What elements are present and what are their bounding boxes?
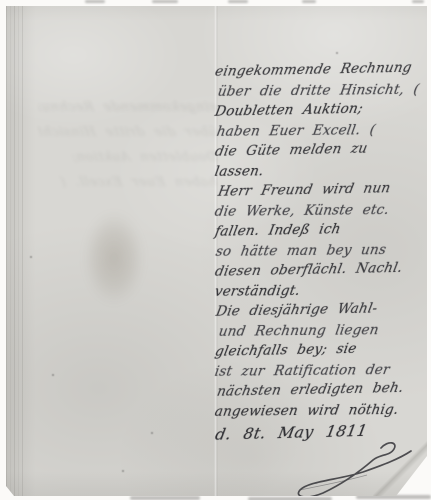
handwriting-line: diesen oberflächl. Nachl.: [213, 258, 431, 283]
letter-body: eingekommende Rechnung über die dritte H…: [213, 63, 429, 448]
handwriting-line: nächsten erledigten beh.: [215, 379, 431, 403]
paper-speck: [52, 374, 54, 376]
handwriting-line: gleichfalls bey; sie: [213, 338, 431, 363]
handwriting-line: Herr Freund wird nun: [216, 179, 431, 203]
showthrough-line: eingekommende Rechnung: [38, 100, 220, 125]
paper-speck: [336, 52, 338, 54]
paper-speck: [30, 256, 32, 258]
signature-flourish: [284, 438, 414, 500]
handwriting-line: fallen. Indeß ich: [213, 218, 431, 243]
handwriting-line: Die diesjährige Wahl-: [214, 299, 431, 323]
scan-artifact-mark: [412, 0, 424, 3]
showthrough-line: über die dritte Hinsicht, (: [38, 125, 220, 150]
scanned-letter-page: eingekommende Rechnung über die dritte H…: [0, 0, 431, 500]
paper-speck: [122, 470, 124, 472]
scan-artifact-mark: [228, 0, 248, 3]
handwriting-line: Doubletten Auktion;: [213, 98, 431, 123]
scan-artifact-mark: [85, 0, 105, 3]
left-edge-fold-streaks: [6, 6, 25, 496]
scan-artifact-mark: [302, 0, 316, 3]
handwriting-line: eingekommende Rechnung: [213, 58, 431, 83]
showthrough-line: Doubletten Auktion;: [38, 150, 220, 175]
handwriting-line: die Güte melden zu: [213, 138, 431, 163]
scan-artifact-mark: [130, 496, 200, 500]
reverse-side-showthrough: eingekommende Rechnung über die dritte H…: [40, 100, 218, 200]
paper-speck: [151, 432, 153, 434]
paper-sheet: eingekommende Rechnung über die dritte H…: [6, 6, 427, 496]
handwriting-line: angewiesen wird nöthig.: [213, 401, 431, 423]
ink-stain: [84, 212, 144, 304]
showthrough-line: haben Euer Excell. (: [38, 175, 220, 200]
scan-artifact-mark: [152, 0, 178, 3]
